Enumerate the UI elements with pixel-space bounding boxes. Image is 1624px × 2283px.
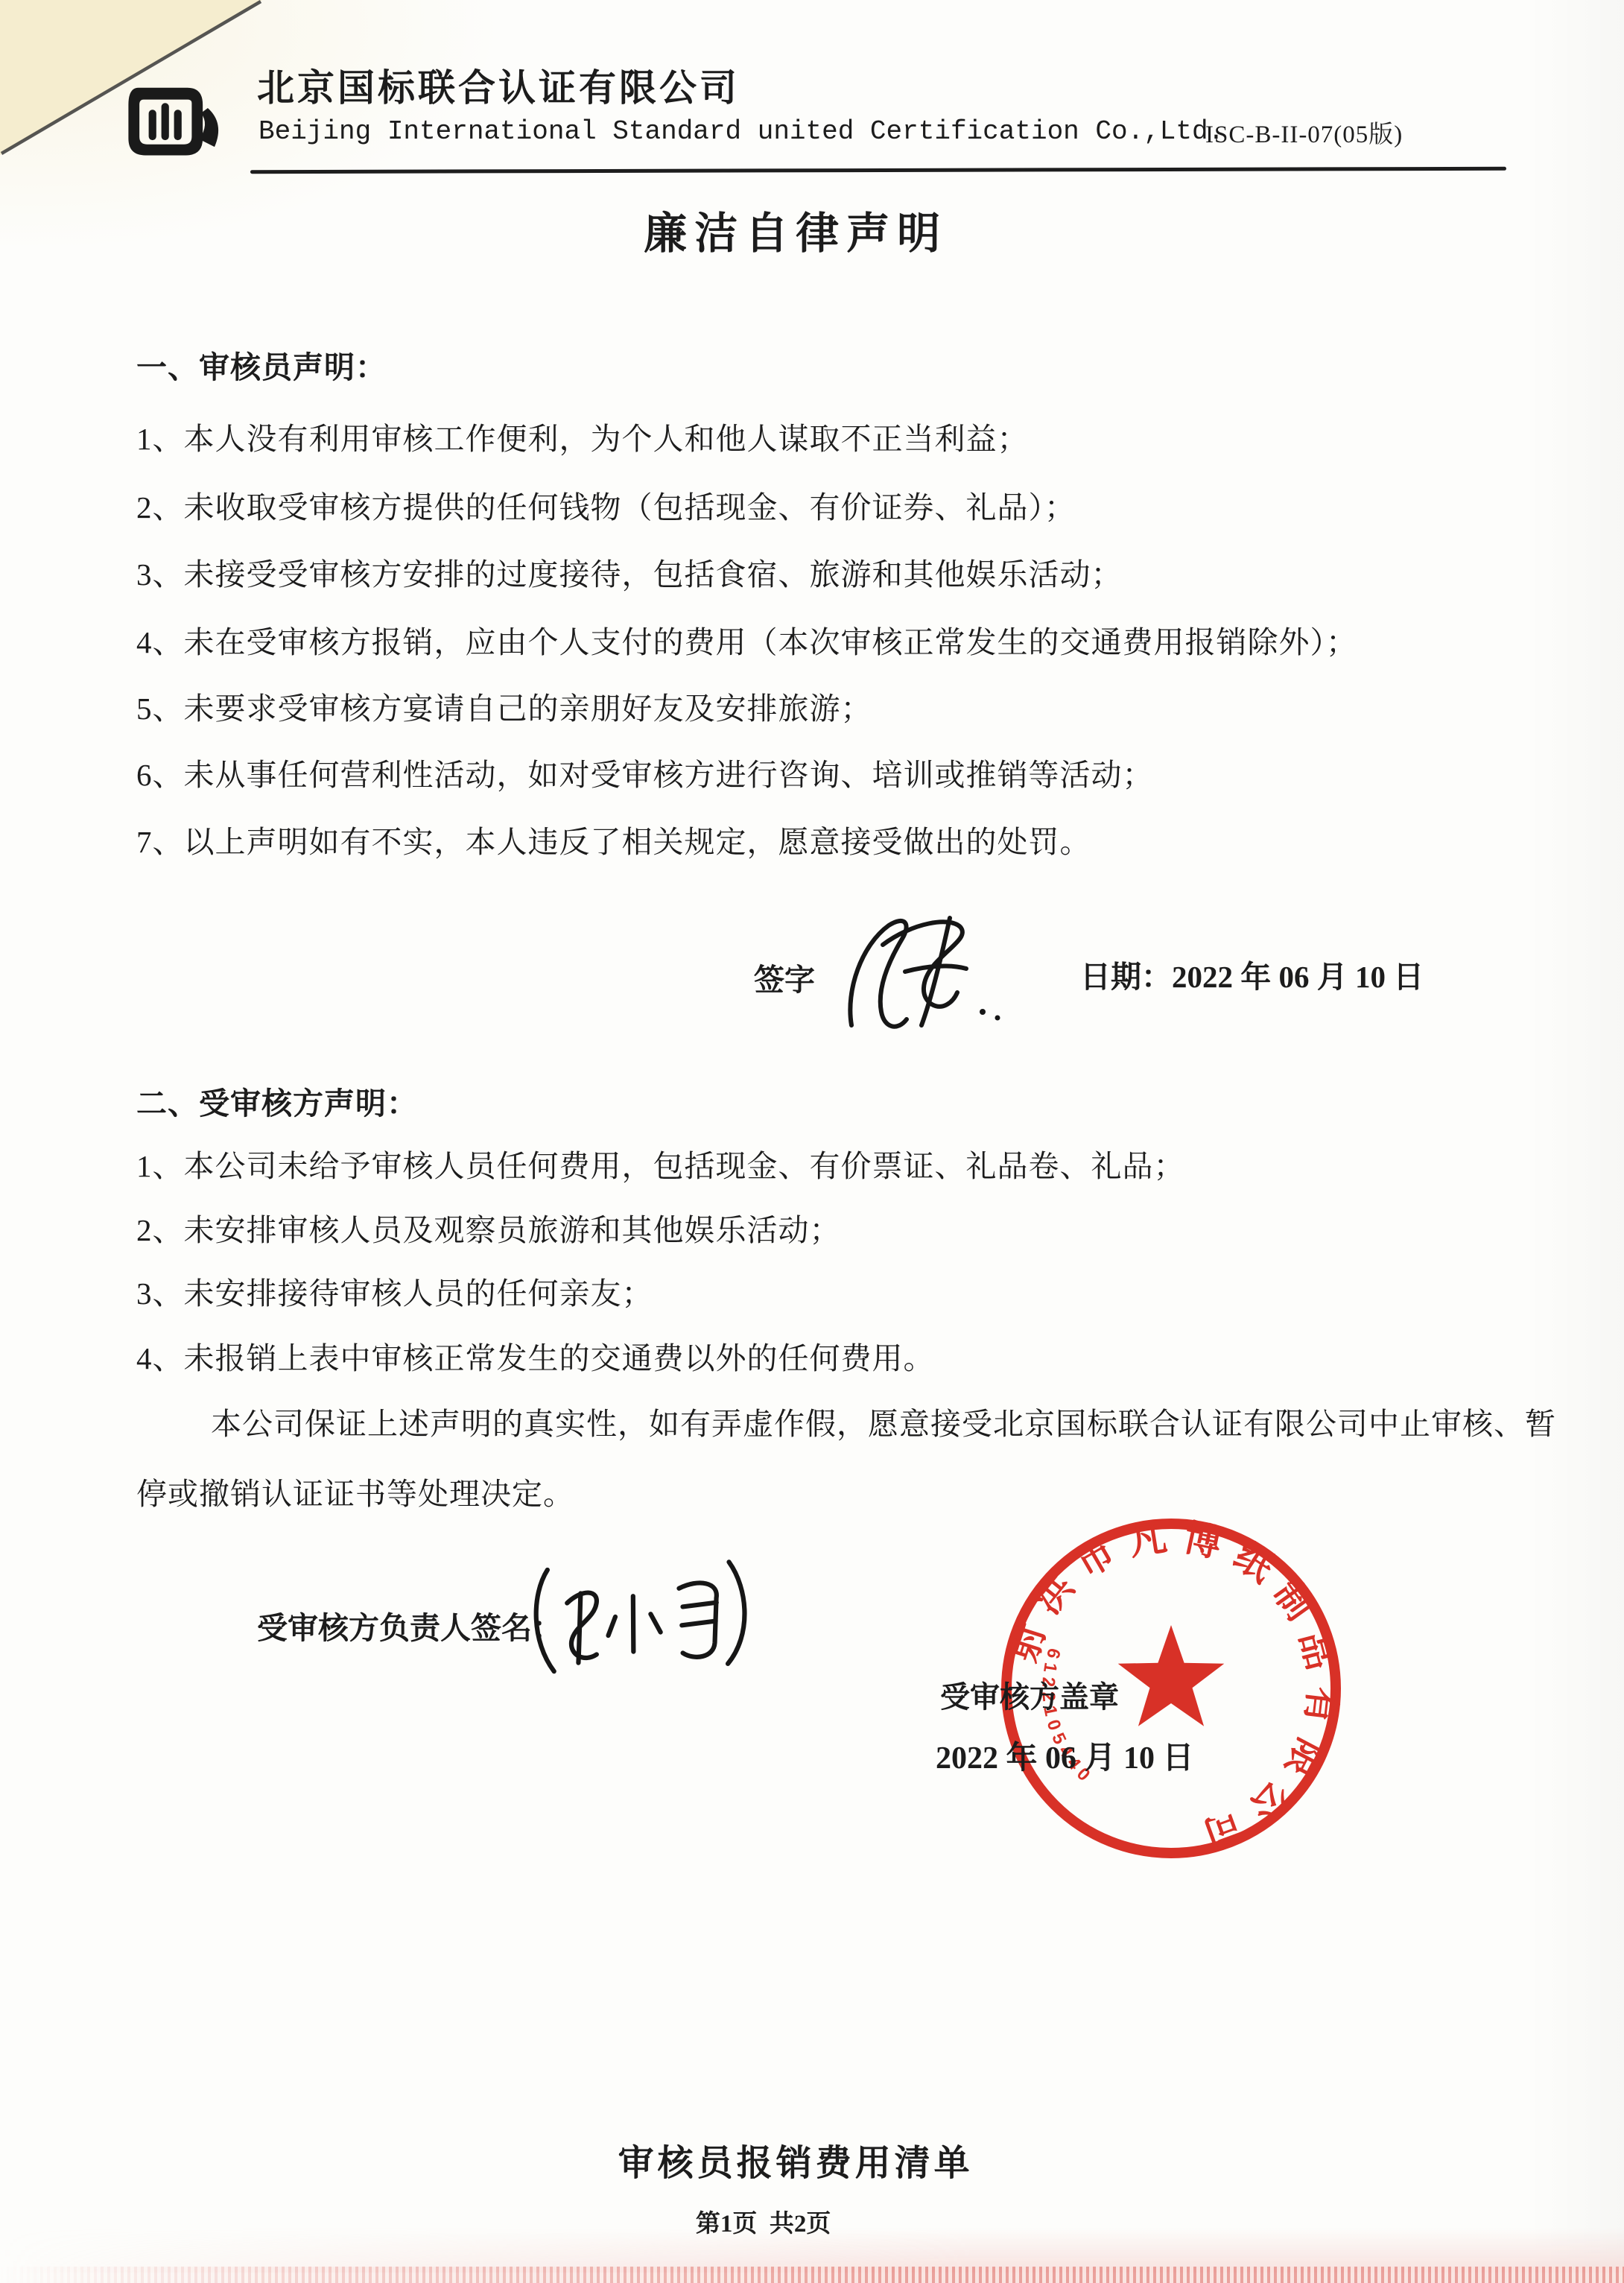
- auditee-stamp-date: 2022 年 06 月 10 日: [936, 1733, 1194, 1778]
- scan-edge-artifact: [0, 2267, 1624, 2283]
- section1-heading: 一、审核员声明：: [136, 343, 387, 387]
- declaration-item: 7、以上声明如有不实，本人违反了相关规定，愿意接受做出的处罚。: [136, 817, 1091, 861]
- auditor-handwritten-signature: [793, 900, 1047, 1049]
- scanned-document-page: 北京国标联合认证有限公司 Beijing International Stand…: [0, 0, 1624, 2283]
- declaration-item: 3、未安排接待审核人员的任何亲友；: [136, 1269, 653, 1313]
- company-name-cn: 北京国标联合认证有限公司: [257, 58, 740, 112]
- declaration-item: 6、未从事任何营利性活动，如对受审核方进行咨询、培训或推销等活动；: [136, 750, 1154, 794]
- document-title: 廉洁自律声明: [644, 198, 948, 261]
- declaration-item: 4、未在受审核方报销，应由个人支付的费用（本次审核正常发生的交通费用报销除外）；: [136, 618, 1357, 662]
- declaration-item: 3、未接受受审核方安排的过度接待，包括食宿、旅游和其他娱乐活动；: [136, 550, 1123, 594]
- declaration-item: 2、未安排审核人员及观察员旅游和其他娱乐活动；: [136, 1206, 841, 1250]
- section2-heading: 二、受审核方声明：: [136, 1079, 418, 1123]
- closing-paragraph-line2: 停或撤销认证证书等处理决定。: [136, 1469, 574, 1513]
- page-number: 第1页 共2页: [696, 2204, 831, 2239]
- folded-corner: [0, 0, 268, 160]
- next-section-title: 审核员报销费用清单: [618, 2134, 974, 2185]
- header-divider: [250, 167, 1506, 174]
- auditee-handwritten-signature: [519, 1548, 755, 1690]
- company-name-en: Beijing International Standard united Ce…: [258, 116, 1224, 147]
- document-code: ISC-B-II-07(05版): [1205, 115, 1403, 150]
- declaration-item: 2、未收取受审核方提供的任何钱物（包括现金、有价证券、礼品）；: [136, 483, 1076, 527]
- auditee-stamp-label: 受审核方盖章: [940, 1674, 1119, 1716]
- declaration-item: 1、本人没有利用审核工作便利，为个人和他人谋取不正当利益；: [136, 414, 1029, 458]
- auditor-sign-date: 日期：2022 年 06 月 10 日: [1080, 952, 1424, 996]
- closing-paragraph-line1: 本公司保证上述声明的真实性，如有弄虚作假，愿意接受北京国标联合认证有限公司中止审…: [211, 1399, 1556, 1443]
- auditee-sign-label: 受审核方负责人签名：: [257, 1603, 562, 1647]
- declaration-item: 4、未报销上表中审核正常发生的交通费以外的任何费用。: [136, 1334, 935, 1378]
- declaration-item: 5、未要求受审核方宴请自己的亲朋好友及安排旅游；: [136, 684, 872, 728]
- declaration-item: 1、本公司未给予审核人员任何费用，包括现金、有价票证、礼品卷、礼品；: [136, 1141, 1185, 1185]
- seal-star-icon: [1118, 1625, 1225, 1726]
